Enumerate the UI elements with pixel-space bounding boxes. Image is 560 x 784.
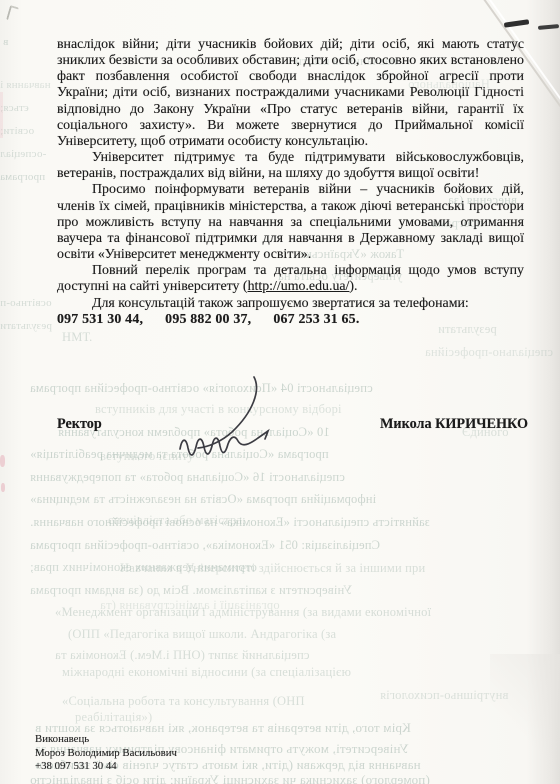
letter-body: внаслідок війни; діти учасників бойових …: [57, 37, 524, 328]
executor-name: Мороз Володимир Васильович: [35, 747, 177, 761]
bleedthrough-text: ється;: [0, 102, 29, 114]
bleedthrough-text: в: [3, 36, 8, 48]
signatory-name: Микола КИРИЧЕНКО: [380, 416, 528, 433]
scanned-letter-page: внавчання іється;освіти;-оспеціалпрограм…: [0, 0, 560, 784]
signatory-title: Ректор: [57, 416, 102, 433]
bleedthrough-text: -оспеціал: [0, 148, 46, 160]
bleedthrough-text: Спеціалізація: 051 «Економіка», освітньо…: [30, 538, 380, 553]
paragraph-support: Університет підтримує та буде підтримува…: [57, 150, 524, 182]
bleedthrough-text: навчання і: [0, 79, 51, 91]
phone-numbers-line: 097 531 30 44, 095 882 00 37, 067 253 31…: [57, 312, 524, 328]
bleedthrough-text: (померлого) захисника чи захисниці Украї…: [30, 772, 430, 784]
university-site-url: http://umo.edu.ua/: [248, 279, 350, 294]
bleedthrough-text: результати: [0, 320, 52, 332]
pink-margin-streak: [0, 92, 3, 138]
bleedthrough-text: зайнятість спеціальності «Економіка» на …: [30, 515, 430, 530]
executor-footer: Виконавець Мороз Володимир Васильович +3…: [35, 733, 177, 774]
bleedthrough-text: організації і адміністрування (та: [100, 598, 280, 613]
paragraph-programs: Повний перелік програм та детальна інфор…: [57, 263, 524, 295]
executor-label: Виконавець: [35, 733, 177, 747]
bleedthrough-text: (ОПП «Педагогіка вищої школи. Андрагогік…: [68, 627, 336, 642]
pink-margin-mark-2: [1, 483, 5, 492]
bleedthrough-text: спеціальності 16 «Соціальна робота» та п…: [30, 470, 345, 485]
bleedthrough-text: інформаційна програма «Освіта на незалеж…: [30, 492, 376, 507]
bleedthrough-text: НМТ.: [62, 330, 92, 345]
scan-corner-shade: [490, 654, 560, 784]
handwritten-signature: [166, 374, 301, 462]
bleedthrough-text: міжнародні економічні відносини (за спец…: [62, 665, 351, 680]
bleedthrough-text: Навчання в Університеті здійснюється й з…: [120, 561, 425, 576]
executor-phone: +38 097 531 30 44: [35, 760, 177, 774]
bleedthrough-text: спеціально-професійна: [425, 345, 553, 360]
paragraph-continuation: внаслідок війни; діти учасників бойових …: [57, 37, 524, 150]
pink-margin-mark-1: [0, 455, 5, 467]
bleedthrough-text: освітньо-п: [0, 297, 52, 309]
bleedthrough-text: програма: [0, 171, 45, 183]
bleedthrough-text: Університети з капіталізмом. Всім до (за…: [30, 583, 352, 598]
paragraph-inform: Просимо поінформувати ветеранів війни – …: [57, 182, 524, 263]
programs-text-suffix: ).: [349, 279, 357, 294]
bleedthrough-text: освіти;: [0, 125, 34, 137]
paragraph-consultations: Для консультацій також запрошуємо зверта…: [57, 296, 524, 312]
bleedthrough-text: спеціальний запит (ОНП і.Мем.) Економіка…: [55, 648, 310, 663]
bleedthrough-text: «Соціальна робота та консультування (ОНП: [62, 694, 305, 709]
